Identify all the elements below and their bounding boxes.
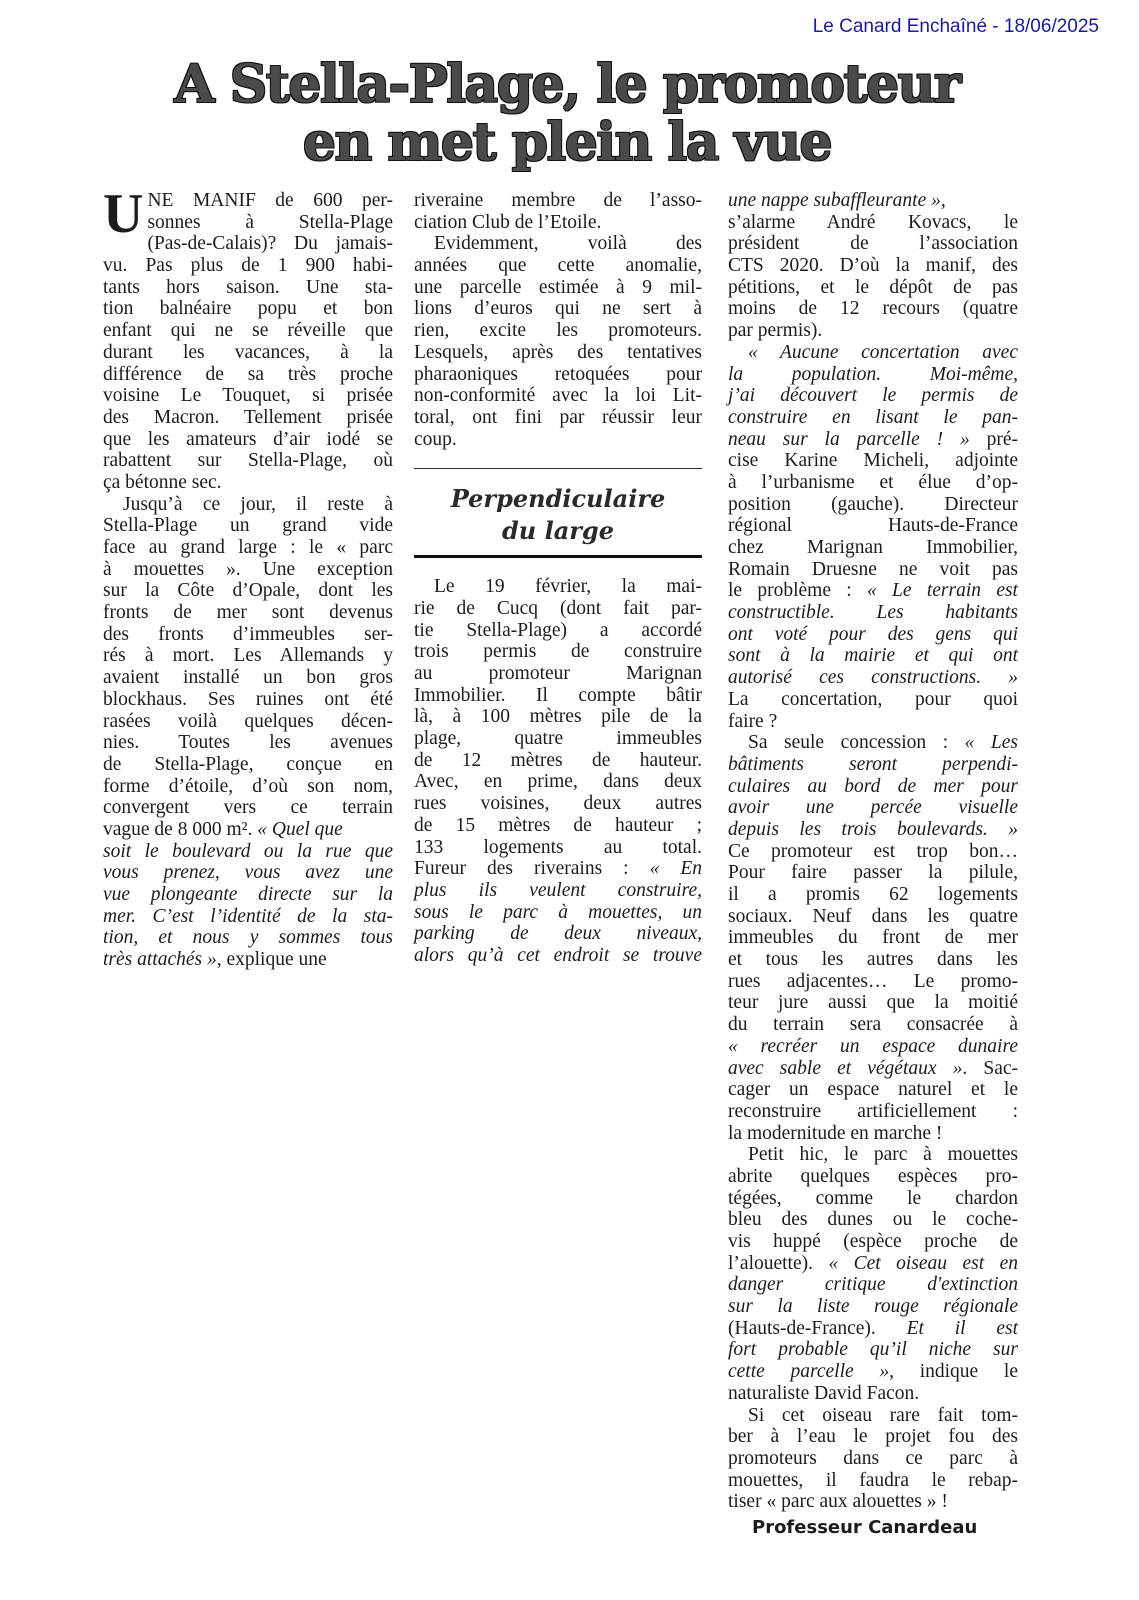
text-line-mixed: cette parcelle », indique le [728, 1361, 1018, 1383]
quote-line: parking de deux niveaux, [414, 923, 702, 945]
text-line: rie de Cucq (dont fait par- [414, 598, 702, 620]
quote-line: construire en lisant le pan- [728, 407, 1018, 429]
text-line: vis huppé (espèce proche de [728, 1231, 1018, 1253]
text-line: face au grand large : le « parc [103, 537, 393, 559]
section-divider-bottom [414, 555, 702, 558]
quote-line: mer. C’est l’identité de la sta- [103, 906, 393, 928]
text-line: sur la Côte d’Opale, dont les [103, 580, 393, 602]
text-line: rues voisines, deux autres [414, 793, 702, 815]
quote-text: « Les [965, 732, 1018, 753]
text-line: reconstruire artificiellement : [728, 1101, 1018, 1123]
text-line: position (gauche). Directeur [728, 494, 1018, 516]
text-line: ciation Club de l’Etoile. [414, 212, 702, 234]
section-divider-top [414, 468, 702, 469]
text-line: pétitions, et le dépôt de pas [728, 277, 1018, 299]
quote-line: alors qu’à cet endroit se trouve [414, 945, 702, 967]
quote-line: bâtiments seront perpendi- [728, 754, 1018, 776]
text-line: blockhaus. Ses ruines ont été [103, 689, 393, 711]
article-column-2: riveraine membre de l’asso- ciation Club… [414, 190, 702, 967]
quote-line: soit le boulevard ou la rue que [103, 841, 393, 863]
text-line: Romain Druesne ne voit pas [728, 559, 1018, 581]
quote-text: avec sable et végétaux » [728, 1058, 962, 1079]
quote-line: autorisé ces constructions. » [728, 667, 1018, 689]
text-line-mixed: une nappe subaffleurante », [728, 190, 1018, 212]
text-line: sonnes à Stella-Plage [103, 212, 393, 234]
text-line: avaient installé un bon gros [103, 667, 393, 689]
text-line: différence de sa très proche [103, 364, 393, 386]
text-line: de 15 mètres de hauteur ; [414, 815, 702, 837]
text-line: trois permis de construire [414, 641, 702, 663]
text-line-mixed: Fureur des riverains : « En [414, 858, 702, 880]
article-column-3: une nappe subaffleurante », s’alarme And… [728, 190, 1018, 1513]
text-line: (Pas-de-Calais)? Du jamais- [103, 233, 393, 255]
text-line: bleu des dunes ou le coche- [728, 1209, 1018, 1231]
quote-line: constructible. Les habitants [728, 602, 1018, 624]
quote-line: depuis les trois boulevards. » [728, 819, 1018, 841]
text-line: Stella-Plage un grand vide [103, 515, 393, 537]
text-line: tie Stella-Plage) a accordé [414, 620, 702, 642]
text-line: CTS 2020. D’où la manif, des [728, 255, 1018, 277]
text-line-mixed: (Hauts-de-France). Et il est [728, 1318, 1018, 1340]
text-line: Si cet oiseau rare fait tom- [728, 1405, 1018, 1427]
text-line: toral, ont fini par réussir leur [414, 407, 702, 429]
text-line: Immobilier. Il compte bâtir [414, 685, 702, 707]
text-line: nies. Toutes les avenues [103, 732, 393, 754]
text-line-mixed: Sa seule concession : « Les [728, 732, 1018, 754]
text-line: président de l’association [728, 233, 1018, 255]
text-line: plage, quatre immeubles [414, 728, 702, 750]
text-line: Lesquels, après des tentatives [414, 342, 702, 364]
text-line: des fronts d’immeubles ser- [103, 624, 393, 646]
text-line: années que cette anomalie, [414, 255, 702, 277]
text-line: promoteurs dans ce parc à [728, 1448, 1018, 1470]
text-line: la modernitude en marche ! [728, 1123, 1018, 1145]
quote-line: la population. Moi-même, [728, 364, 1018, 386]
text-line: forme d’étoile, d’où son nom, [103, 776, 393, 798]
quote-line: plus ils veulent construire, [414, 880, 702, 902]
drop-cap: U [103, 192, 143, 234]
text-line: Ce promoteur est trop bon… [728, 841, 1018, 863]
text-line: par permis). [728, 320, 1018, 342]
text-line: immeubles du front de mer [728, 927, 1018, 949]
quote-line: ont voté pour des gens qui [728, 624, 1018, 646]
quote-line: « Aucune concertation avec [728, 342, 1018, 364]
text-line: riveraine membre de l’asso- [414, 190, 702, 212]
text-line: rés à mort. Les Allemands y [103, 645, 393, 667]
quote-text: neau sur la parcelle ! » [728, 429, 970, 450]
quote-line: sous le parc à mouettes, un [414, 902, 702, 924]
quote-text: très attachés » [103, 949, 217, 970]
text-line: NE MANIF de 600 per- [103, 190, 393, 212]
text-line: de Stella-Plage, conçue en [103, 754, 393, 776]
text-line: naturaliste David Facon. [728, 1383, 1018, 1405]
section-subheading: Perpendiculaire du large [414, 483, 702, 547]
text-line: non-conformité avec la loi Lit- [414, 385, 702, 407]
text-line: teur jure aussi que la moitié [728, 992, 1018, 1014]
text-line: à mouettes ». Une exception [103, 559, 393, 581]
text-line: Jusqu’à ce jour, il reste à [103, 494, 393, 516]
text-line: du terrain sera consacrée à [728, 1014, 1018, 1036]
quote-text: « Quel que [257, 819, 343, 840]
quote-line: avoir une percée visuelle [728, 797, 1018, 819]
text-line-mixed: le problème : « Le terrain est [728, 580, 1018, 602]
quote-line: vue plongeante directe sur la [103, 884, 393, 906]
headline-line-1: A Stella-Plage, le promoteur [92, 56, 1042, 114]
subheading-line-2: du large [414, 515, 702, 547]
subheading-line-1: Perpendiculaire [414, 483, 702, 515]
text-line: des Macron. Tellement prisée [103, 407, 393, 429]
text-line: régional Hauts-de-France [728, 515, 1018, 537]
text-line: cise Karine Micheli, adjointe [728, 450, 1018, 472]
publication-source-label: Le Canard Enchaîné - 18/06/2025 [813, 16, 1099, 38]
text-line: rues adjacentes… Le promo- [728, 971, 1018, 993]
text-line: convergent vers ce terrain [103, 797, 393, 819]
text-line: il a promis 62 logements [728, 884, 1018, 906]
text-line: rien, excite les promoteurs. [414, 320, 702, 342]
text-line-mixed: très attachés », explique une [103, 949, 393, 971]
quote-text: une nappe subaffleurante » [728, 190, 941, 211]
text-line-mixed: neau sur la parcelle ! » pré- [728, 429, 1018, 451]
text-line: coup. [414, 429, 702, 451]
text-line: mouettes, il faudra le rebap- [728, 1470, 1018, 1492]
text-line: tants hors saison. Une sta- [103, 277, 393, 299]
quote-line: culaires au bord de mer pour [728, 776, 1018, 798]
article-column-1: U NE MANIF de 600 per- sonnes à Stella-P… [103, 190, 393, 971]
text-line: au promoteur Marignan [414, 663, 702, 685]
text-line: moins de 12 recours (quatre [728, 298, 1018, 320]
quote-text: « Le terrain est [867, 580, 1018, 601]
text-line: ça bétonne sec. [103, 472, 393, 494]
quote-text: Et il est [907, 1318, 1018, 1339]
headline-line-2: en met plein la vue [92, 114, 1042, 172]
text-line: Evidemment, voilà des [414, 233, 702, 255]
quote-text: « Cet oiseau est en [828, 1253, 1018, 1274]
text-line: s’alarme André Kovacs, le [728, 212, 1018, 234]
text-line: La concertation, pour quoi [728, 689, 1018, 711]
text-line: de 12 mètres de hauteur. [414, 750, 702, 772]
text-line: Avec, en prime, dans deux [414, 771, 702, 793]
text-line: 133 logements au total. [414, 837, 702, 859]
text-line-mixed: vague de 8 000 m². « Quel que [103, 819, 393, 841]
text-line: pharaoniques retoquées pour [414, 364, 702, 386]
quote-line: tion, et nous y sommes tous [103, 927, 393, 949]
quote-line: « recréer un espace dunaire [728, 1036, 1018, 1058]
quote-line: danger critique d'extinction [728, 1274, 1018, 1296]
text-line: Petit hic, le parc à mouettes [728, 1144, 1018, 1166]
text-line: fronts de mer sont devenus [103, 602, 393, 624]
quote-line: vous prenez, vous avez une [103, 862, 393, 884]
text-line: une parcelle estimée à 9 mil- [414, 277, 702, 299]
article-headline: A Stella-Plage, le promoteur en met plei… [92, 56, 1042, 172]
text-line: voisine Le Touquet, si prisée [103, 385, 393, 407]
quote-line: fort probable qu’il niche sur [728, 1339, 1018, 1361]
text-line: rasées voilà quelques décen- [103, 711, 393, 733]
text-line: cager un espace naturel et le [728, 1079, 1018, 1101]
author-signature: Professeur Canardeau [752, 1517, 977, 1538]
text-line: chez Marignan Immobilier, [728, 537, 1018, 559]
text-line-mixed: avec sable et végétaux ». Sac- [728, 1058, 1018, 1080]
text-line: vu. Pas plus de 1 900 habi- [103, 255, 393, 277]
text-line: rabattent sur Stella-Plage, où [103, 450, 393, 472]
text-line: faire ? [728, 711, 1018, 733]
text-line: ber à l’eau le projet fou des [728, 1426, 1018, 1448]
text-line: tiser « parc aux alouettes » ! [728, 1491, 1018, 1513]
text-line-mixed: l’alouette). « Cet oiseau est en [728, 1253, 1018, 1275]
quote-text: cette parcelle » [728, 1361, 889, 1382]
text-line: lions d’euros qui ne sert à [414, 298, 702, 320]
text-line: et tous les autres dans les [728, 949, 1018, 971]
text-line: Pour faire passer la pilule, [728, 862, 1018, 884]
text-line: tion balnéaire popu et bon [103, 298, 393, 320]
text-line: là, à 100 mètres pile de la [414, 706, 702, 728]
text-line: tégées, comme le chardon [728, 1188, 1018, 1210]
quote-line: sont à la mairie et qui ont [728, 645, 1018, 667]
quote-text: « En [650, 858, 702, 879]
quote-line: sur la liste rouge régionale [728, 1296, 1018, 1318]
text-line: abrite quelques espèces pro- [728, 1166, 1018, 1188]
quote-line: j’ai découvert le permis de [728, 385, 1018, 407]
text-line: Le 19 février, la mai- [414, 576, 702, 598]
text-line: durant les vacances, à la [103, 342, 393, 364]
text-line: à l’urbanisme et élue d’op- [728, 472, 1018, 494]
text-line: sociaux. Neuf dans les quatre [728, 906, 1018, 928]
text-line: enfant qui ne se réveille que [103, 320, 393, 342]
text-line: que les amateurs d’air iodé se [103, 429, 393, 451]
